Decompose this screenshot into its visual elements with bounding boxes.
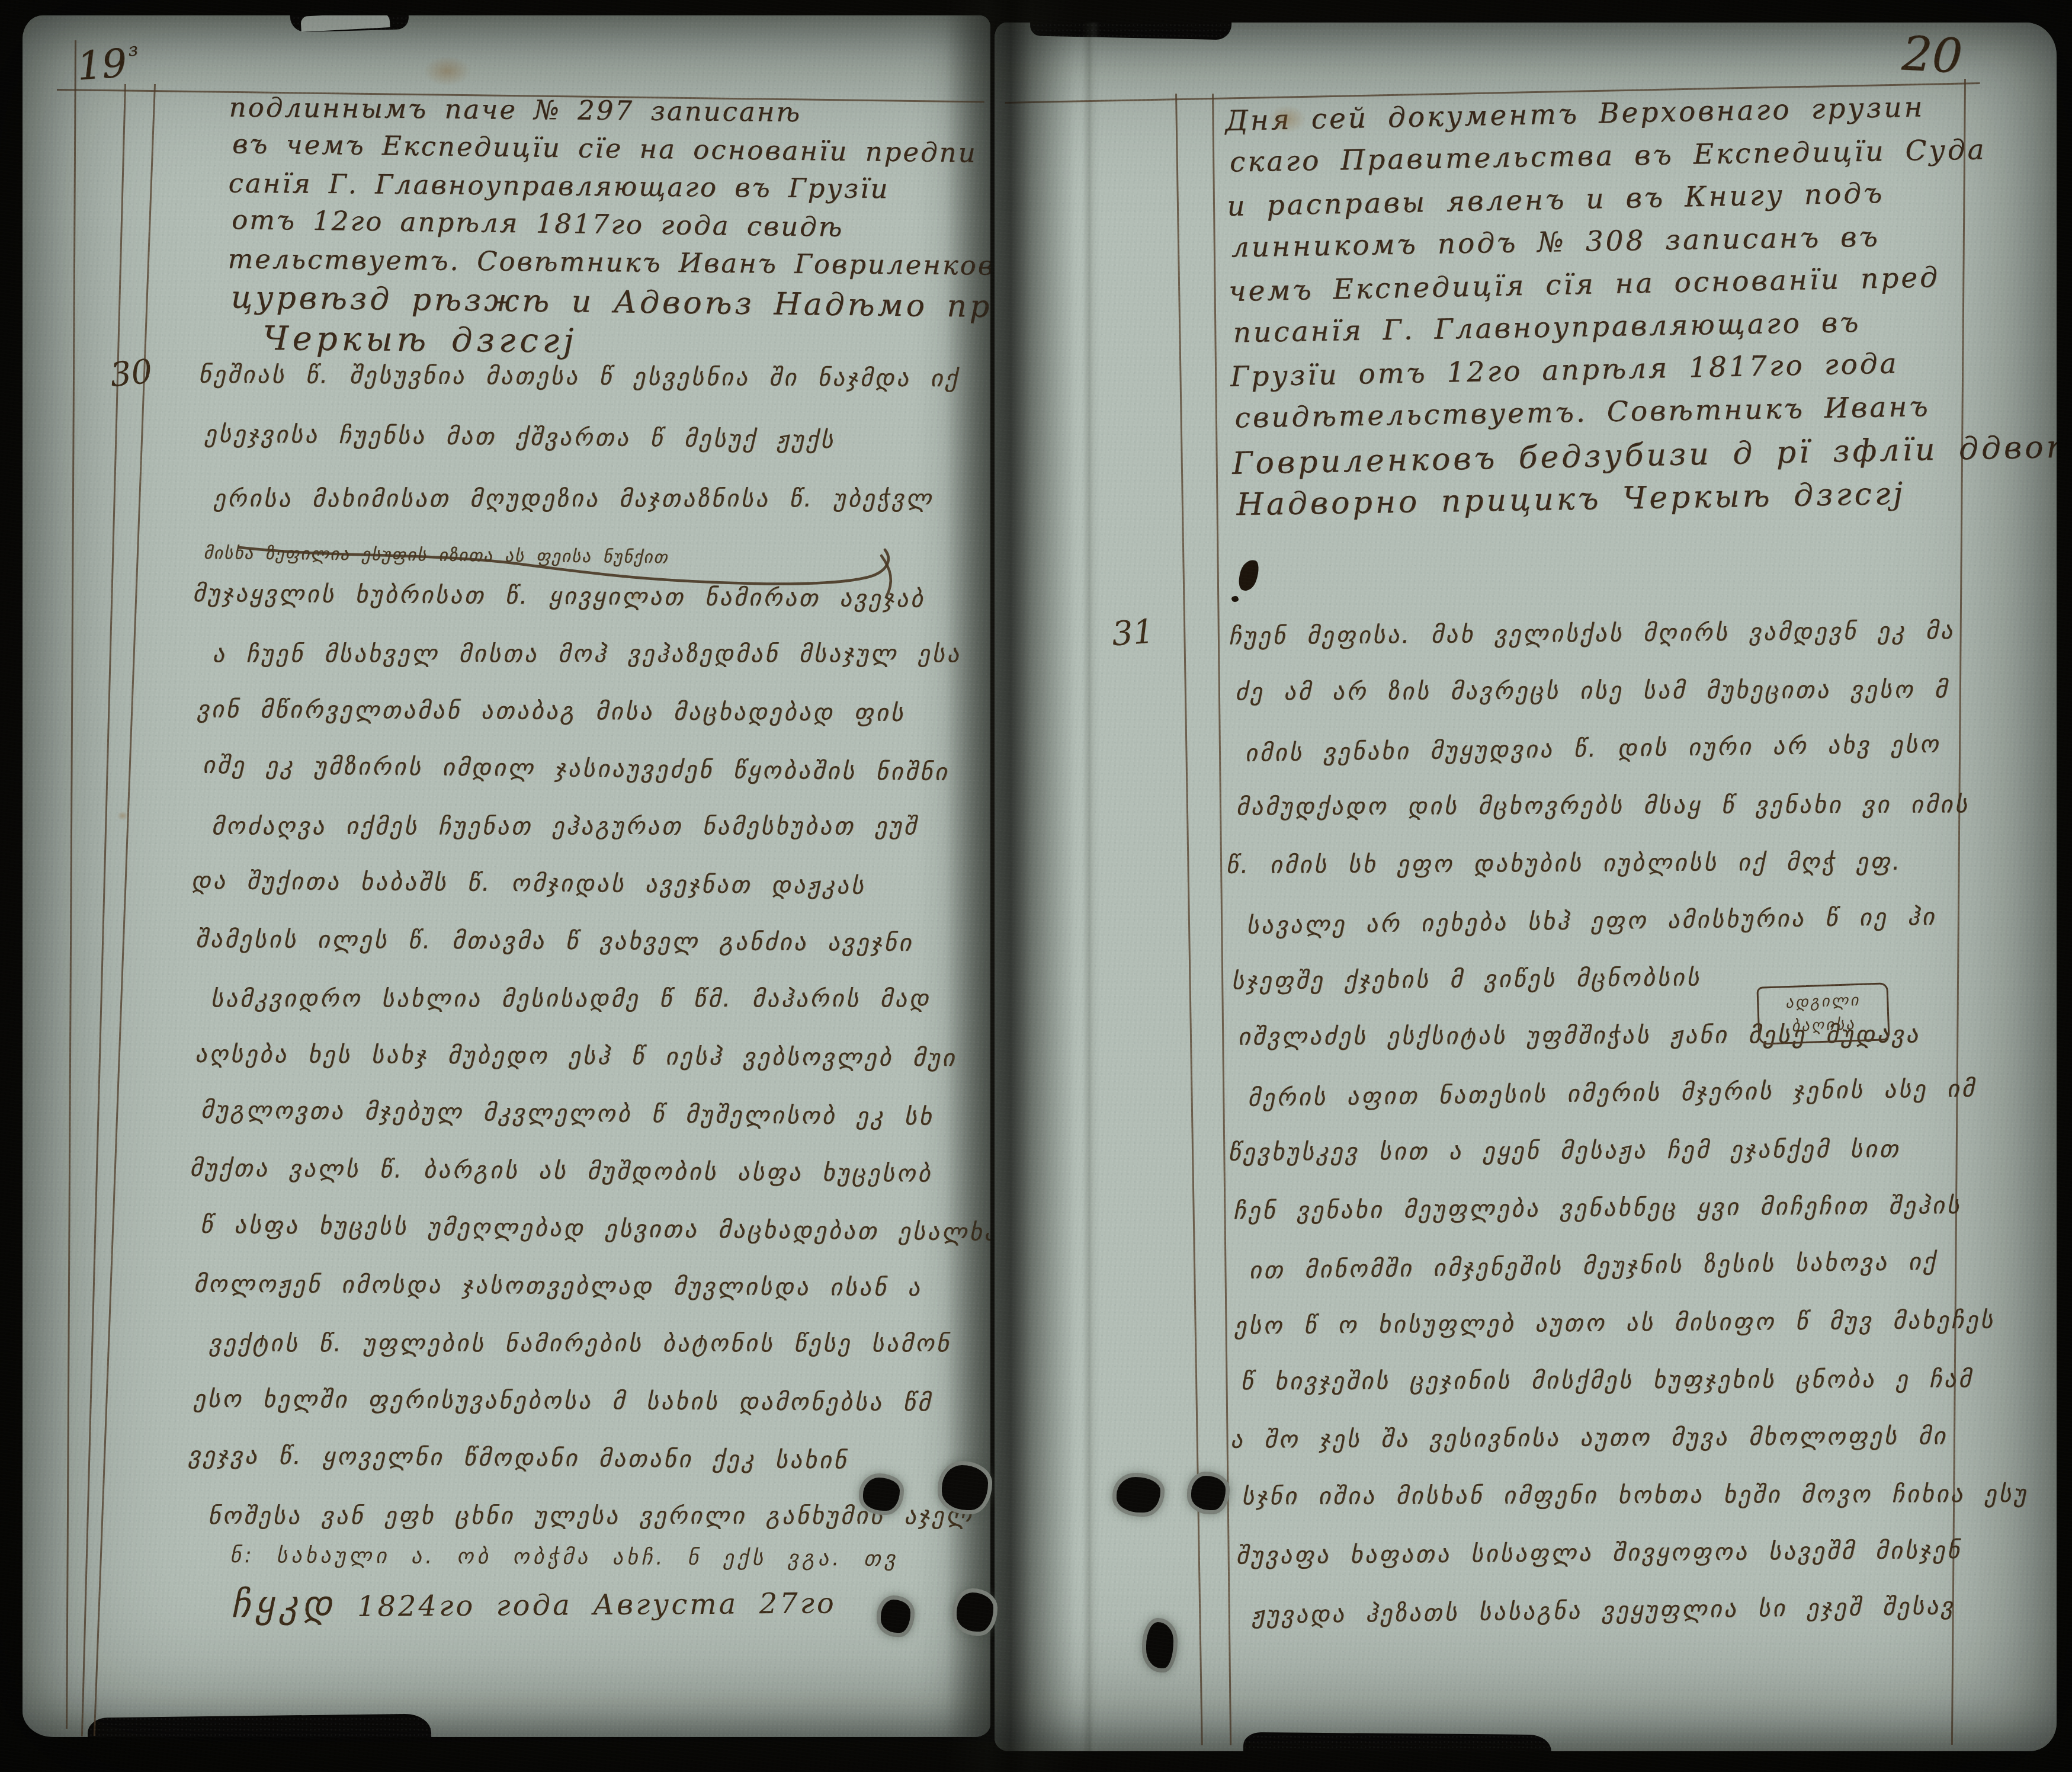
entry-number-30: 30 — [108, 352, 155, 395]
wormhole — [1142, 1618, 1178, 1672]
entry-line: შუვაფა ხაფათა სისაფლა შივყოფოა სავეშმ მი… — [1236, 1536, 2056, 1600]
entry-line: ესო ხელში ფერისუვანებოსა მ სახის დამონებ… — [193, 1386, 981, 1447]
torn-edge-top — [1030, 23, 1232, 40]
entry-line: წ. იმის სხ ეფო დახუბის იუბლისს იქ მღჭ ეფ… — [1226, 847, 2045, 909]
reference-line: ნ: სახაული ა. ობ ობჭმა ახჩ. ნ ექს ვგა. თ… — [230, 1543, 899, 1571]
entry-line: ესეჯვისა ჩუენსა მათ ქშვართა წ მესუქ ჟუქს — [204, 421, 990, 489]
manuscript-scan: 19з 30 подлиннымъ паче № 297 записанѣ въ… — [0, 0, 2072, 1772]
entry-line: ესო წ ო ხისუფლებ აუთო ას მისიფო წ მუვ მა… — [1234, 1306, 2054, 1370]
stain — [415, 50, 480, 92]
ink-speck — [1231, 596, 1239, 602]
insert-underline-flourish — [200, 518, 958, 619]
left-page: 19з 30 подлиннымъ паче № 297 записанѣ въ… — [23, 15, 990, 1737]
attestation-block-left: подлиннымъ паче № 297 записанѣ въ чемъ Е… — [227, 91, 987, 363]
entry-line: ით მინომში იმჯენეშის მეუჯნის ზესის სახოვ… — [1249, 1247, 2057, 1315]
stain — [628, 590, 644, 604]
ink-blot — [1235, 557, 1262, 594]
date-line: ჩყკდ1824го года Августа 27го — [231, 1578, 836, 1626]
entry-line: ჟუვადა ჰეზათს სასაგნა ვეყუფლია სი ეჯეშ შ… — [1252, 1591, 2057, 1659]
entry-line: ნეშიას წ. შესუვნია მათესა წ ესვესნია ში … — [198, 361, 987, 427]
date-text: 1824го года Августа 27го — [357, 1587, 836, 1623]
entry-line: მამუდქადო დის მცხოვრებს მსაყ წ ვენახი ვი… — [1236, 791, 2056, 851]
entry-line: ვექტის წ. უფლების ნამირების ბატონის წესე… — [209, 1330, 990, 1388]
wormhole — [952, 1588, 997, 1636]
wormhole — [1187, 1472, 1230, 1514]
page-number-value: 19 — [75, 40, 128, 89]
entry-line: შამესის ილეს წ. მთავმა წ ვახველ განძია ა… — [195, 926, 983, 988]
torn-edge-bottom — [1243, 1732, 1551, 1751]
margin-note-line: ადგილი — [1765, 988, 1881, 1016]
entry-number-31: 31 — [1111, 613, 1156, 654]
margin-note-line: ბაღისა — [1765, 1012, 1882, 1040]
entry-line: ვეჯვა წ. ყოველნი წმოდანი მათანი ქეკ სახი… — [188, 1442, 976, 1505]
wormhole — [877, 1595, 915, 1637]
torn-edge-bottom — [88, 1713, 432, 1737]
entry-line: იშე ეკ უმზირის იმდილ ჯასიაუვეძენ წყობაში… — [202, 752, 990, 817]
entry-line: ჩუენ მეფისა. მახ ველისქას მღირს ვამდევნ … — [1229, 617, 2049, 681]
attestation-block-right: Дня сей документъ Верховнаго грузин скаг… — [1225, 88, 2057, 531]
entry-line: ა ჩუენ მსახველ მისთა მოჰ ვეჰაზედმან მსაჯ… — [213, 640, 990, 698]
margin-rule-1 — [66, 40, 76, 1729]
entry-line: ჩენ ვენახი მეუფლება ვენახნეც ყვი მიჩეჩით… — [1233, 1191, 2054, 1255]
entry-line: სამკვიდრო სახლია მესისადმე წ წმ. მაჰარის… — [211, 985, 990, 1043]
entry-line: და შუქითა ხაბაშს წ. ომჯიდას ავეჯნათ დაჟკ… — [191, 867, 979, 931]
margin-note-box: ადგილი ბაღისა — [1756, 982, 1890, 1045]
page-number-20: 20 — [1901, 25, 1964, 84]
entry-line: იშვლაძეს ესქსიტას უფმშიჭას ჟანი მესე მუდ… — [1238, 1021, 2057, 1081]
entry-line: მუქთა ვალს წ. ბარგის ას მუშდობის ასფა ხუ… — [190, 1155, 978, 1218]
entry-line: მუგლოვთა მჯებულ მკვლელობ წ მუშელისობ ეკ … — [200, 1097, 989, 1162]
entry-line: სავალე არ იეხება სხჰ ეფო ამისხურია წ იე … — [1246, 902, 2057, 970]
entry-line: მოძაღვა იქმეს ჩუენათ ეჰაგურათ ნამესხუბათ… — [211, 813, 990, 870]
entry-line: სჯეფშე ქჯეხის მ ვიწეს მცნობსის — [1231, 962, 2052, 1026]
stain — [115, 809, 130, 822]
entry-line: წ ხივჯეშის ცეჯინის მისქმეს ხუფჯეხის ცნობ… — [1240, 1366, 2057, 1426]
entry-line: იმის ვენახი მუყუდვია წ. დის იური არ ახვ … — [1245, 729, 2057, 797]
entry-line: წევხუსკევ სით ა ეყენ მესაჟა ჩემ ეჯანქემ … — [1228, 1135, 2048, 1196]
entry-line: წ ასფა ხუცესს უმეღლებად ესვითა მაცხადება… — [200, 1212, 988, 1277]
gutter-crease — [1082, 23, 1100, 1751]
page-number-19: 19з — [75, 39, 140, 89]
entry-line: მერის აფით ნათესის იმერის მჯერის ჯენის ა… — [1247, 1074, 2057, 1142]
entry-line: აღსება ხეს სახჯ მუბედო ესჰ წ იესჰ ვებსოვ… — [195, 1041, 983, 1103]
entry-line: მოლოჟენ იმოსდა ჯასოთვებლად მუვლისდა ისან… — [194, 1271, 982, 1332]
entry-line: ა შო ჯეს შა ვესივნისა აუთო მუვა მხოლოფეს… — [1230, 1422, 2050, 1483]
entry-line: ძე ამ არ ზის მავრეცს ისე სამ მუხეცითა ვე… — [1235, 676, 2055, 736]
wormhole — [1112, 1473, 1165, 1517]
entry-line: ვინ მწირველთამან ათაბაგ მისა მაცხადებად … — [197, 696, 984, 758]
entry-line: სჯნი იშია მისხან იმფენი ხოხთა ხეში მოვო … — [1242, 1481, 2057, 1541]
georgian-year-flourish: ჩყკდ — [231, 1582, 337, 1626]
entry-31-text: ჩუენ მეფისა. მახ ველისქას მღირს ვამდევნ … — [1229, 617, 2057, 1658]
page-number-mark: з — [127, 39, 139, 60]
wormhole — [859, 1473, 904, 1515]
stain — [1260, 100, 1314, 139]
attestation-signature-flourish: Черкыѣ дзгсгј — [227, 319, 986, 363]
wormhole — [938, 1461, 992, 1514]
